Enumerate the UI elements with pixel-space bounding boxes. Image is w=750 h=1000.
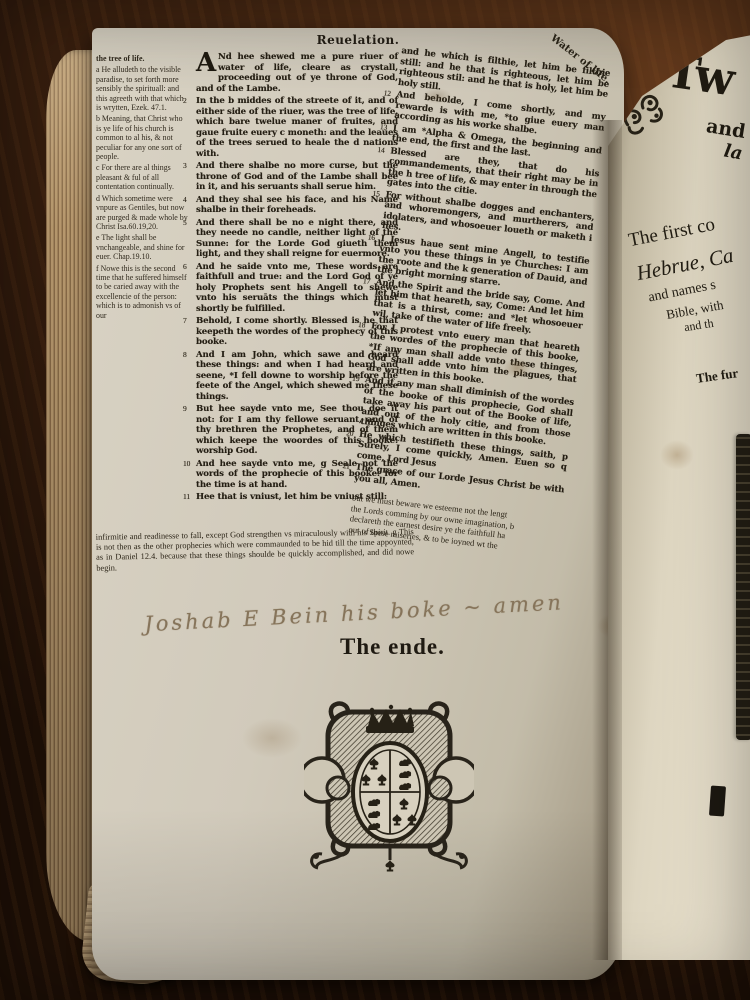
verse: ANd hee shewed me a pure riuer of water … [196,52,398,94]
margin-note-header: the tree of life. [96,54,188,63]
right-page-concordances-title: Tw and fr la The first co Hebrue, Ca and… [608,26,750,960]
section-text-fragment: and th [683,316,715,335]
margin-note: b Meaning, that Christ who is ye life of… [96,114,188,161]
margin-note: f Nowe this is the second time that he s… [96,264,188,320]
margin-note: a He alludeth to the visible paradise, t… [96,65,188,112]
drop-cap: A [196,52,216,74]
partial-printed-mark [709,786,726,817]
verse: 7Behold, I come shortly. Blessed is he t… [196,316,398,348]
the-ende-colophon: The ende. [340,634,445,660]
section-text-fragment: The first co [627,214,717,252]
section-text-fragment: Hebrue, Ca [635,243,736,286]
margin-note: c For there are al things pleasant & ful… [96,163,188,191]
verse: 2In the b middes of the streete of it, a… [196,96,398,159]
partial-woodcut-border [736,434,750,740]
text-column-2: and he which is filthie, let him be filt… [348,46,611,557]
running-header: Reuelation. [92,34,624,47]
page-stain [242,718,302,758]
margin-notes-column: the tree of life. a He alludeth to the v… [96,54,188,322]
royal-arms-woodcut-icon [304,696,474,876]
page-gutter-shadow [592,120,622,960]
verse: 6And he saide vnto me, These words are f… [196,262,398,315]
handwritten-ownership-inscription: Joshab E Bein his boke ~ amen [144,588,615,637]
verse: 3And there shalbe no more curse, but the… [196,161,398,193]
verse: 4And they shal see his face, and his Nam… [196,195,398,216]
subtitle-fragment: la [722,141,744,165]
left-page-revelation: Reuelation. Water of life. the tree of l… [92,28,624,980]
margin-note: e The light shall be vnchangeable, and s… [96,233,188,261]
photo-of-open-bible: Reuelation. Water of life. the tree of l… [0,0,750,1000]
full-width-footnote: infirmitie and readinesse to fall, excep… [96,527,415,573]
margin-note: d Which sometime were vnpure as Gentiles… [96,194,188,232]
section-text-fragment: The fur [695,365,739,387]
